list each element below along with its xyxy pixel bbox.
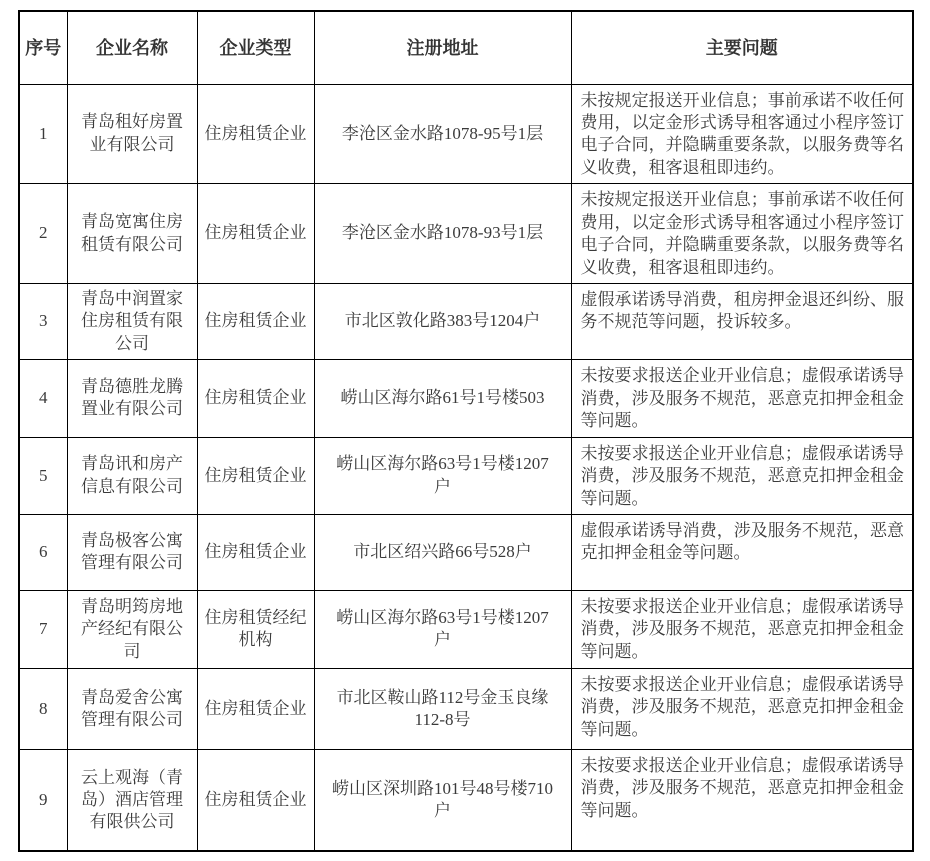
- document-page: 序号 企业名称 企业类型 注册地址 主要问题 1 青岛租好房置业有限公司 住房租…: [0, 0, 930, 861]
- cell-serial-number: 5: [19, 437, 67, 514]
- cell-registered-address: 李沧区金水路1078-95号1层: [314, 84, 571, 184]
- table-row: 5 青岛讯和房产信息有限公司 住房租赁企业 崂山区海尔路63号1号楼1207户 …: [19, 437, 913, 514]
- cell-serial-number: 3: [19, 284, 67, 360]
- col-header-company-type: 企业类型: [197, 11, 314, 84]
- cell-registered-address: 李沧区金水路1078-93号1层: [314, 184, 571, 284]
- cell-registered-address: 市北区敦化路383号1204户: [314, 284, 571, 360]
- cell-main-issues: 未按规定报送开业信息；事前承诺不收任何费用，以定金形式诱导租客通过小程序签订电子…: [571, 84, 913, 184]
- cell-company-type: 住房租赁企业: [197, 514, 314, 590]
- cell-company-type: 住房租赁企业: [197, 184, 314, 284]
- cell-registered-address: 市北区鞍山路112号金玉良缘112-8号: [314, 668, 571, 749]
- col-header-company-name: 企业名称: [67, 11, 197, 84]
- table-row: 7 青岛明筠房地产经纪有限公司 住房租赁经纪机构 崂山区海尔路63号1号楼120…: [19, 590, 913, 668]
- cell-serial-number: 2: [19, 184, 67, 284]
- cell-company-type: 住房租赁企业: [197, 749, 314, 851]
- cell-main-issues: 未按要求报送企业开业信息；虚假承诺诱导消费，涉及服务不规范，恶意克扣押金租金等问…: [571, 360, 913, 437]
- table-row: 8 青岛爱舍公寓管理有限公司 住房租赁企业 市北区鞍山路112号金玉良缘112-…: [19, 668, 913, 749]
- table-row: 1 青岛租好房置业有限公司 住房租赁企业 李沧区金水路1078-95号1层 未按…: [19, 84, 913, 184]
- cell-registered-address: 崂山区海尔路61号1号楼503: [314, 360, 571, 437]
- cell-company-type: 住房租赁经纪机构: [197, 590, 314, 668]
- table-body: 1 青岛租好房置业有限公司 住房租赁企业 李沧区金水路1078-95号1层 未按…: [19, 84, 913, 851]
- cell-main-issues: 未按规定报送开业信息；事前承诺不收任何费用，以定金形式诱导租客通过小程序签订电子…: [571, 184, 913, 284]
- table-row: 2 青岛宽寓住房租赁有限公司 住房租赁企业 李沧区金水路1078-93号1层 未…: [19, 184, 913, 284]
- cell-main-issues: 未按要求报送企业开业信息；虚假承诺诱导消费，涉及服务不规范，恶意克扣押金租金等问…: [571, 668, 913, 749]
- cell-company-name: 青岛极客公寓管理有限公司: [67, 514, 197, 590]
- table-row: 6 青岛极客公寓管理有限公司 住房租赁企业 市北区绍兴路66号528户 虚假承诺…: [19, 514, 913, 590]
- cell-company-type: 住房租赁企业: [197, 84, 314, 184]
- cell-registered-address: 崂山区深圳路101号48号楼710户: [314, 749, 571, 851]
- table-row: 4 青岛德胜龙腾置业有限公司 住房租赁企业 崂山区海尔路61号1号楼503 未按…: [19, 360, 913, 437]
- cell-registered-address: 崂山区海尔路63号1号楼1207户: [314, 437, 571, 514]
- cell-registered-address: 崂山区海尔路63号1号楼1207户: [314, 590, 571, 668]
- cell-main-issues: 未按要求报送企业开业信息；虚假承诺诱导消费，涉及服务不规范，恶意克扣押金租金等问…: [571, 590, 913, 668]
- table-header: 序号 企业名称 企业类型 注册地址 主要问题: [19, 11, 913, 84]
- cell-main-issues: 未按要求报送企业开业信息；虚假承诺诱导消费，涉及服务不规范，恶意克扣押金租金等问…: [571, 437, 913, 514]
- violation-table: 序号 企业名称 企业类型 注册地址 主要问题 1 青岛租好房置业有限公司 住房租…: [18, 10, 914, 852]
- table-row: 3 青岛中润置家住房租赁有限公司 住房租赁企业 市北区敦化路383号1204户 …: [19, 284, 913, 360]
- col-header-registered-address: 注册地址: [314, 11, 571, 84]
- cell-company-name: 青岛宽寓住房租赁有限公司: [67, 184, 197, 284]
- cell-serial-number: 1: [19, 84, 67, 184]
- col-header-serial-number: 序号: [19, 11, 67, 84]
- cell-serial-number: 4: [19, 360, 67, 437]
- cell-company-name: 青岛德胜龙腾置业有限公司: [67, 360, 197, 437]
- header-row: 序号 企业名称 企业类型 注册地址 主要问题: [19, 11, 913, 84]
- cell-company-name: 青岛明筠房地产经纪有限公司: [67, 590, 197, 668]
- cell-company-name: 青岛租好房置业有限公司: [67, 84, 197, 184]
- cell-company-type: 住房租赁企业: [197, 668, 314, 749]
- table-row: 9 云上观海（青岛）酒店管理有限供公司 住房租赁企业 崂山区深圳路101号48号…: [19, 749, 913, 851]
- cell-registered-address: 市北区绍兴路66号528户: [314, 514, 571, 590]
- cell-serial-number: 8: [19, 668, 67, 749]
- cell-company-name: 青岛爱舍公寓管理有限公司: [67, 668, 197, 749]
- cell-company-type: 住房租赁企业: [197, 437, 314, 514]
- col-header-main-issues: 主要问题: [571, 11, 913, 84]
- cell-company-name: 青岛讯和房产信息有限公司: [67, 437, 197, 514]
- cell-main-issues: 虚假承诺诱导消费，租房押金退还纠纷、服务不规范等问题，投诉较多。: [571, 284, 913, 360]
- cell-company-name: 青岛中润置家住房租赁有限公司: [67, 284, 197, 360]
- cell-serial-number: 7: [19, 590, 67, 668]
- cell-serial-number: 6: [19, 514, 67, 590]
- cell-serial-number: 9: [19, 749, 67, 851]
- cell-company-name: 云上观海（青岛）酒店管理有限供公司: [67, 749, 197, 851]
- cell-main-issues: 未按要求报送企业开业信息；虚假承诺诱导消费，涉及服务不规范，恶意克扣押金租金等问…: [571, 749, 913, 851]
- cell-company-type: 住房租赁企业: [197, 360, 314, 437]
- cell-main-issues: 虚假承诺诱导消费，涉及服务不规范，恶意克扣押金租金等问题。: [571, 514, 913, 590]
- cell-company-type: 住房租赁企业: [197, 284, 314, 360]
